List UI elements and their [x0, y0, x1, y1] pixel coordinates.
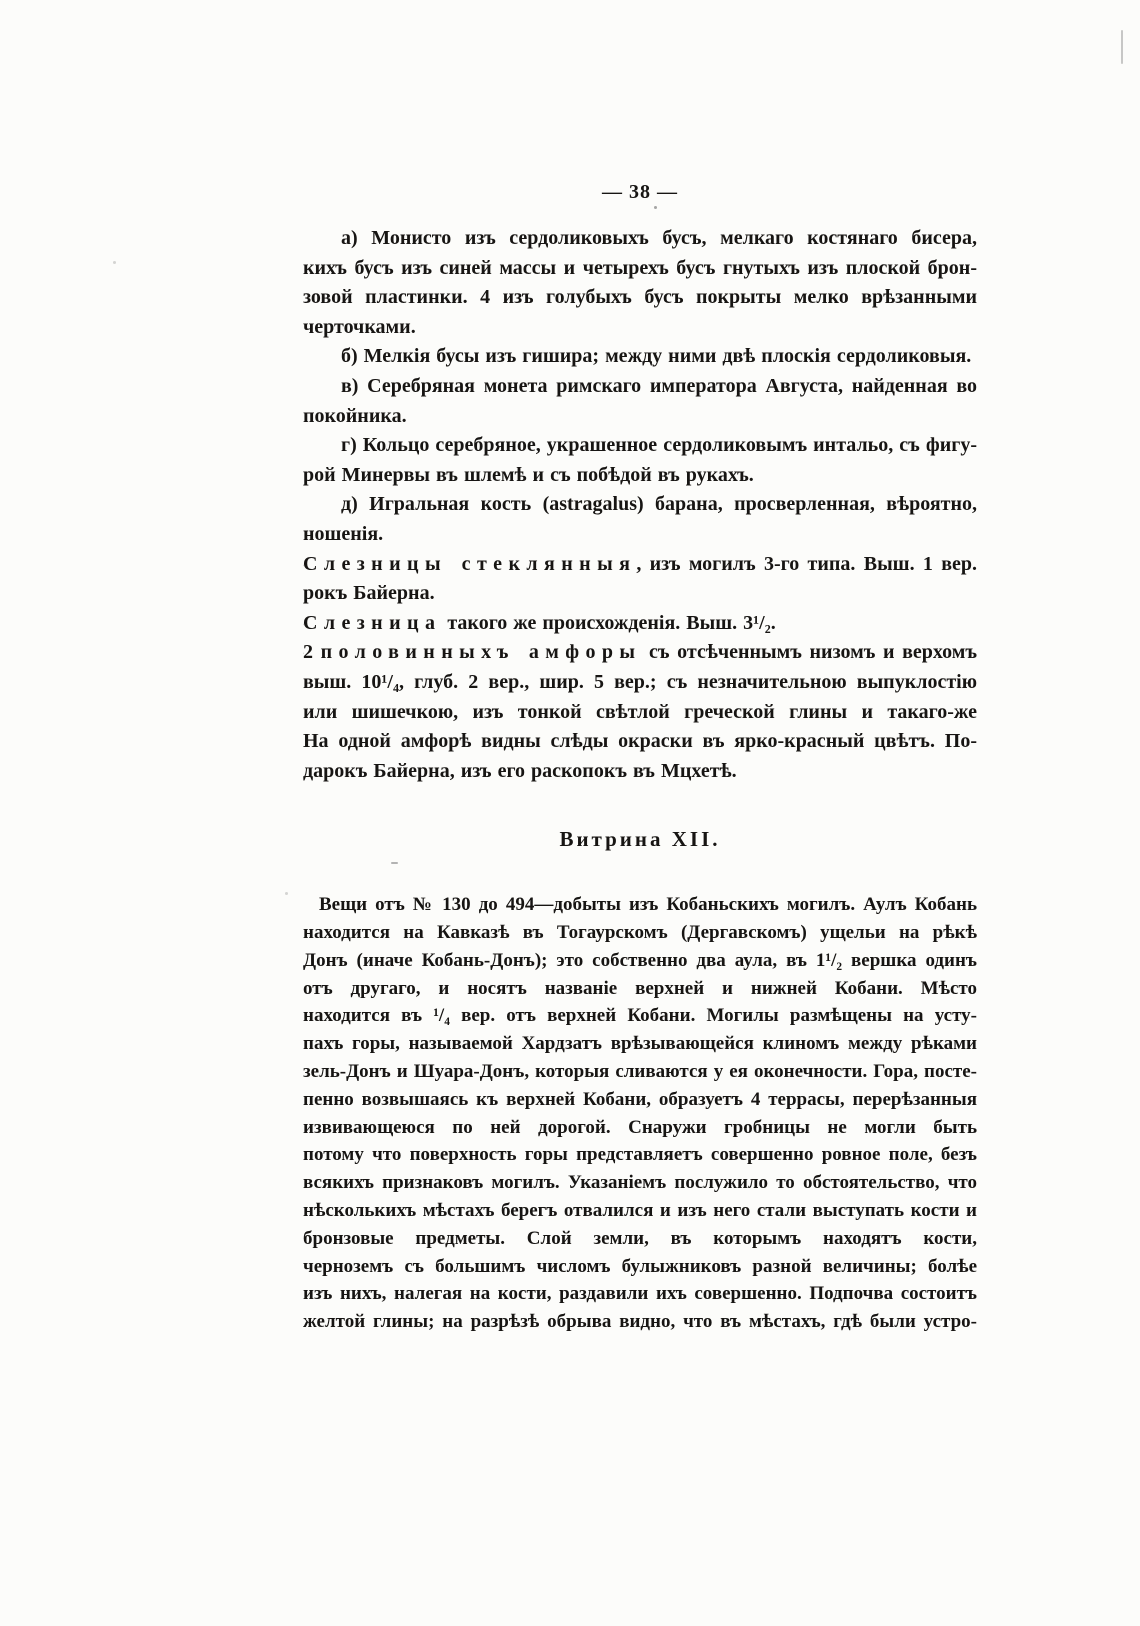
text-segment: зовой пластинки. 4 изъ голубыхъ бусъ пок… — [303, 286, 977, 308]
text-line: ношенія. — [303, 520, 977, 550]
text-line: пенно возвышаясь къ верхней Кобани, обра… — [303, 1086, 977, 1114]
text-segment: ношенія. — [303, 523, 383, 545]
text-line: б) Мелкія бусы изъ гишира; между ними дв… — [303, 342, 977, 372]
scan-artifact-vertical-mark — [1121, 30, 1123, 64]
text-segment: потому что поверхность горы представляет… — [303, 1144, 977, 1165]
text-line: 128—Слезница такого же происхожденія. Вы… — [303, 609, 977, 639]
text-line: желтой глины; на разрѣзѣ обрыва видно, ч… — [303, 1308, 977, 1336]
text-segment: д) Игральная кость (astragalus) барана, … — [303, 493, 977, 520]
text-segment: всякихъ признаковъ могилъ. Указаніемъ по… — [303, 1172, 977, 1197]
text-segment: находится на Кавказѣ въ Тогаурскомъ (Дер… — [303, 922, 977, 947]
letterspaced-text: Слезница — [303, 612, 441, 634]
text-segment: в) Серебряная монета римскаго императора… — [303, 375, 977, 402]
catalog-entry: 129—2 половинныхъ амфоры съ отсѣченнымъ … — [303, 638, 977, 786]
text-line: 126-127—Слезницы стеклянныя, изъ могилъ … — [303, 550, 977, 580]
text-segment: покойника. — [303, 405, 407, 427]
text-segment: черноземъ съ большимъ числомъ булыжников… — [303, 1256, 977, 1281]
text-line: кихъ бусъ изъ синей массы и четырехъ бус… — [303, 254, 977, 284]
text-segment: Вещи отъ № 130 до 494—добыты изъ Кобаньс… — [319, 894, 977, 915]
text-segment: Донъ (иначе Кобань-Донъ); это собственно… — [303, 950, 977, 971]
text-line: пахъ горы, называемой Хардзатъ врѣзывающ… — [303, 1030, 977, 1058]
letterspaced-text: половинныхъ амфоры — [321, 641, 642, 663]
text-segment: такого же происхожденія. Выш. 3¹/₂. — [441, 612, 775, 634]
text-line: На одной амфорѣ видны слѣды окраски въ я… — [303, 727, 977, 757]
text-segment: г) Кольцо серебряное, украшенное сердоли… — [341, 434, 977, 456]
text-segment: рокъ Байерна. — [303, 582, 435, 604]
paragraph: б) Мелкія бусы изъ гишира; между ними дв… — [303, 342, 977, 372]
text-line: г) Кольцо серебряное, украшенное сердоли… — [303, 431, 977, 461]
text-segment: находится въ ¹/₄ вер. отъ верхней Кобани… — [303, 1005, 977, 1026]
paragraph: в) Серебряная монета римскаго императора… — [303, 372, 977, 431]
text-line: д) Игральная кость (astragalus) барана, … — [303, 490, 977, 520]
paragraph: г) Кольцо серебряное, украшенное сердоли… — [303, 431, 977, 490]
catalog-entry: 128—Слезница такого же происхожденія. Вы… — [303, 609, 977, 639]
text-line: в) Серебряная монета римскаго императора… — [303, 372, 977, 402]
text-segment: кихъ бусъ изъ синей массы и четырехъ бус… — [303, 257, 977, 279]
text-line: выш. 10¹/₄, глуб. 2 вер., шир. 5 вер.; с… — [303, 668, 977, 698]
paragraph: а) Монисто изъ сердоликовыхъ бусъ, мелка… — [303, 224, 977, 342]
text-segment: 2 — [303, 641, 321, 663]
text-line: изъ нихъ, налегая на кости, раздавили их… — [303, 1280, 977, 1308]
text-line: рой Минервы въ шлемѣ и съ побѣдой въ рук… — [303, 461, 977, 491]
text-line: черточками. — [303, 313, 977, 343]
text-line: зовой пластинки. 4 изъ голубыхъ бусъ пок… — [303, 283, 977, 313]
text-line: или шишечкою, изъ тонкой свѣтлой греческ… — [303, 698, 977, 728]
text-line: черноземъ съ большимъ числомъ булыжников… — [303, 1253, 977, 1281]
scan-artifact-dot — [285, 892, 288, 895]
text-line: 129—2 половинныхъ амфоры съ отсѣченнымъ … — [303, 638, 977, 668]
scan-artifact-dash — [391, 862, 398, 864]
text-segment: отъ другаго, и носятъ названіе верхней и… — [303, 978, 977, 1003]
text-line: потому что поверхность горы представляет… — [303, 1141, 977, 1169]
text-line: покойника. — [303, 402, 977, 432]
paragraph: Вещи отъ № 130 до 494—добыты изъ Кобаньс… — [303, 891, 977, 1336]
text-line: рокъ Байерна. — [303, 579, 977, 609]
text-column: а) Монисто изъ сердоликовыхъ бусъ, мелка… — [303, 224, 977, 1336]
text-segment: или шишечкою, изъ тонкой свѣтлой греческ… — [303, 701, 977, 728]
page-number: — 38 — — [303, 181, 977, 204]
text-segment: а) Монисто изъ сердоликовыхъ бусъ, мелка… — [303, 227, 977, 254]
text-segment: желтой глины; на разрѣзѣ обрыва видно, ч… — [303, 1311, 977, 1332]
text-line: находится на Кавказѣ въ Тогаурскомъ (Дер… — [303, 919, 977, 947]
text-line: дарокъ Байерна, изъ его раскопокъ въ Мцх… — [303, 757, 977, 787]
text-segment: нѣсколькихъ мѣстахъ берегъ отвалился и и… — [303, 1200, 977, 1221]
text-segment: пенно возвышаясь къ верхней Кобани, обра… — [303, 1089, 977, 1110]
text-line: находится въ ¹/₄ вер. отъ верхней Кобани… — [303, 1002, 977, 1030]
text-segment: рой Минервы въ шлемѣ и съ побѣдой въ рук… — [303, 464, 754, 486]
text-segment: изъ нихъ, налегая на кости, раздавили их… — [303, 1283, 977, 1308]
text-segment: На одной амфорѣ видны слѣды окраски въ я… — [303, 730, 977, 752]
catalog-entry: 126-127—Слезницы стеклянныя, изъ могилъ … — [303, 550, 977, 609]
text-line: зель-Донъ и Шуара-Донъ, которыя сливаютс… — [303, 1058, 977, 1086]
section-heading: Витрина XII. — [303, 823, 977, 855]
text-line: бронзовые предметы. Слой земли, въ котор… — [303, 1225, 977, 1253]
text-segment: черточками. — [303, 316, 416, 338]
text-segment: б) Мелкія бусы изъ гишира; между ними дв… — [341, 345, 971, 367]
text-segment: извивающеюся по ней дорогой. Снаружи гро… — [303, 1117, 977, 1142]
text-segment: бронзовые предметы. Слой земли, въ котор… — [303, 1228, 977, 1253]
scanned-page: — 38 — а) Монисто изъ сердоликовыхъ бусъ… — [0, 0, 1140, 1626]
text-segment: пахъ горы, называемой Хардзатъ врѣзывающ… — [303, 1033, 977, 1058]
text-segment: дарокъ Байерна, изъ его раскопокъ въ Мцх… — [303, 760, 737, 782]
text-line: отъ другаго, и носятъ названіе верхней и… — [303, 975, 977, 1003]
text-line: нѣсколькихъ мѣстахъ берегъ отвалился и и… — [303, 1197, 977, 1225]
scan-artifact-dot — [113, 261, 116, 264]
text-line: извивающеюся по ней дорогой. Снаружи гро… — [303, 1114, 977, 1142]
text-segment: зель-Донъ и Шуара-Донъ, которыя сливаютс… — [303, 1061, 977, 1082]
text-segment: выш. 10¹/₄, глуб. 2 вер., шир. 5 вер.; с… — [303, 671, 977, 693]
text-line: а) Монисто изъ сердоликовыхъ бусъ, мелка… — [303, 224, 977, 254]
paragraph: д) Игральная кость (astragalus) барана, … — [303, 490, 977, 549]
scan-artifact-dot — [654, 206, 657, 209]
text-line: Донъ (иначе Кобань-Донъ); это собственно… — [303, 947, 977, 975]
text-line: Вещи отъ № 130 до 494—добыты изъ Кобаньс… — [303, 891, 977, 919]
letterspaced-text: Слезницы стеклянныя — [303, 553, 636, 575]
text-line: всякихъ признаковъ могилъ. Указаніемъ по… — [303, 1169, 977, 1197]
